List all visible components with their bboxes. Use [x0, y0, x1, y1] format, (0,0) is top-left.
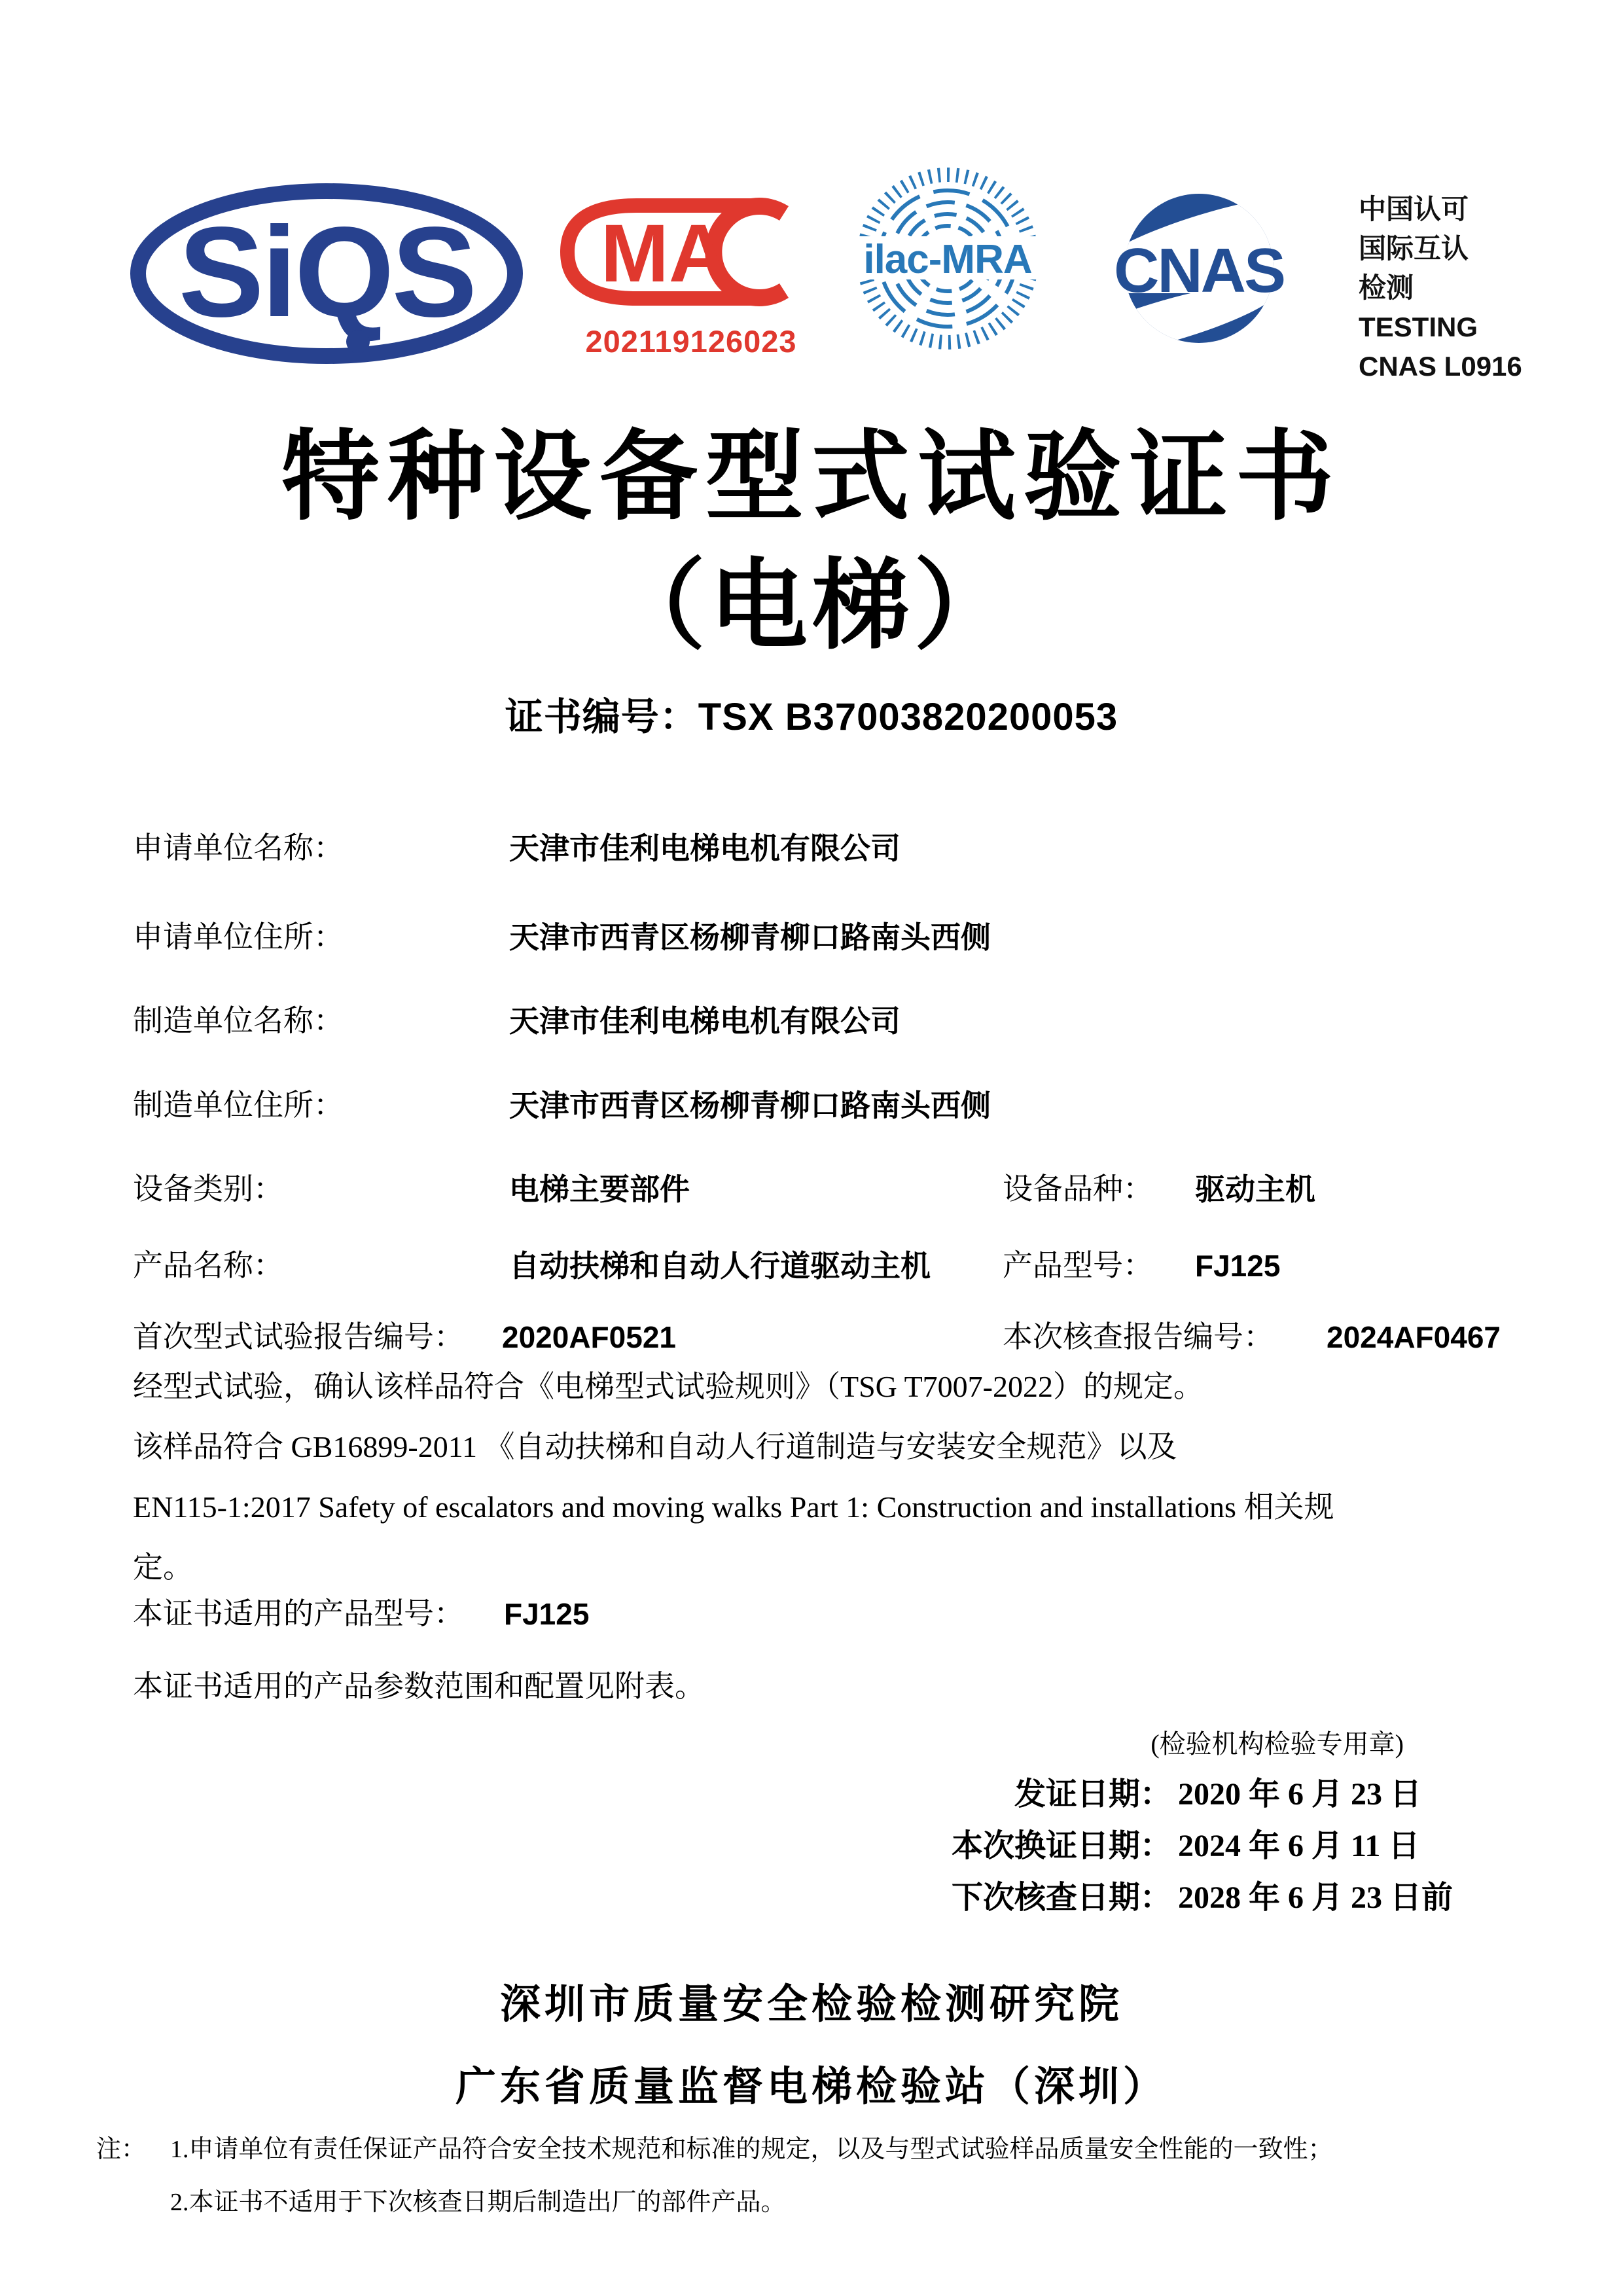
- field-label: 申请单位名称：: [133, 829, 344, 868]
- field-value: 天津市西青区杨柳青柳口路南头西侧: [509, 918, 991, 957]
- field-label: 设备类别：: [133, 1170, 283, 1209]
- field-row-applicant-address: 申请单位住所： 天津市西青区杨柳青柳口路南头西侧: [0, 918, 1623, 957]
- field-value: 驱动主机: [1195, 1170, 1315, 1209]
- renewal-date-row: 本次换证日期： 2024 年 6 月 11 日: [0, 1826, 1623, 1867]
- field-row-product-name: 产品名称： 自动扶梯和自动人行道驱动主机 产品型号： FJ125: [0, 1246, 1623, 1285]
- field-value: 天津市佳利电梯电机有限公司: [509, 829, 901, 868]
- inspection-stamp-note: (检验机构检验专用章): [1150, 1723, 1404, 1761]
- certificate-number-line: 证书编号：TSX B37003820200053: [0, 686, 1623, 741]
- accreditation-line: CNAS L0916: [1359, 347, 1594, 386]
- issuer-station: 广东省质量监督电梯检验站（深圳）: [0, 2054, 1623, 2112]
- statement-line: 经型式试验，确认该样品符合《电梯型式试验规则》（TSG T7007-2022）的…: [133, 1357, 1560, 1417]
- field-label: 产品名称：: [133, 1246, 283, 1285]
- applicable-model-label: 本证书适用的产品型号：: [133, 1594, 464, 1634]
- field-row-equipment-category: 设备类别： 电梯主要部件 设备品种： 驱动主机: [0, 1170, 1623, 1209]
- ilac-text: ilac-MRA: [863, 237, 1031, 282]
- siqs-dot: [346, 330, 370, 353]
- cma-logo-icon: MA 202119126023: [560, 196, 815, 361]
- field-label: 制造单位住所：: [133, 1086, 344, 1125]
- date-label: 下次核查日期：: [952, 1878, 1171, 1918]
- note-item: 2.本证书不适用于下次核查日期后制造出厂的部件产品。: [170, 2181, 786, 2217]
- statement-line: 定。: [133, 1537, 1560, 1598]
- date-label: 发证日期：: [1014, 1774, 1171, 1815]
- date-value: 2028 年 6 月 23 日前: [1178, 1878, 1453, 1918]
- conformity-statement: 经型式试验，确认该样品符合《电梯型式试验规则》（TSG T7007-2022）的…: [133, 1357, 1560, 1598]
- accreditation-line: 检测: [1359, 268, 1594, 308]
- certificate-page: SiQS MA 202119126023 ilac-MRA CNAS 中国认可 …: [0, 0, 1623, 2296]
- field-value: 天津市西青区杨柳青柳口路南头西侧: [509, 1086, 991, 1125]
- cma-ma-text: MA: [601, 208, 728, 299]
- certificate-number-label: 证书编号：: [505, 696, 698, 738]
- certificate-title: 特种设备型式试验证书: [0, 424, 1623, 529]
- cma-number: 202119126023: [585, 324, 796, 359]
- date-value: 2020 年 6 月 23 日: [1178, 1774, 1421, 1815]
- field-value: 2024AF0467: [1327, 1318, 1501, 1357]
- accreditation-line: 国际互认: [1359, 229, 1594, 268]
- ilac-mra-logo-icon: ilac-MRA: [843, 166, 1052, 352]
- field-label: 产品型号：: [1003, 1246, 1153, 1285]
- field-label: 首次型式试验报告编号：: [133, 1318, 464, 1357]
- accreditation-line: TESTING: [1359, 308, 1594, 347]
- field-value: 电梯主要部件: [509, 1170, 690, 1209]
- field-label: 设备品种：: [1003, 1170, 1153, 1209]
- cnas-logo-icon: CNAS: [1093, 190, 1319, 350]
- accreditation-text: 中国认可 国际互认 检测 TESTING CNAS L0916: [1359, 190, 1594, 386]
- issuer-institute: 深圳市质量安全检验检测研究院: [0, 1971, 1623, 2030]
- applicable-model-value: FJ125: [504, 1594, 589, 1634]
- notes-prefix: 注：: [96, 2128, 146, 2164]
- certificate-subtitle: （电梯）: [0, 553, 1623, 658]
- siqs-text: SiQS: [179, 200, 474, 344]
- next-review-date-row: 下次核查日期： 2028 年 6 月 23 日前: [0, 1878, 1623, 1918]
- field-row-applicant-name: 申请单位名称： 天津市佳利电梯电机有限公司: [0, 829, 1623, 868]
- field-value: 天津市佳利电梯电机有限公司: [509, 1001, 901, 1041]
- field-row-report-numbers: 首次型式试验报告编号： 2020AF0521 本次核查报告编号： 2024AF0…: [0, 1318, 1623, 1357]
- siqs-logo-icon: SiQS: [128, 182, 526, 365]
- annex-note: 本证书适用的产品参数范围和配置见附表。: [133, 1662, 705, 1706]
- field-value: 2020AF0521: [502, 1318, 676, 1357]
- statement-line: 该样品符合 GB16899-2011 《自动扶梯和自动人行道制造与安装安全规范》…: [133, 1417, 1560, 1477]
- field-value: 自动扶梯和自动人行道驱动主机: [509, 1246, 931, 1285]
- field-value: FJ125: [1195, 1246, 1280, 1285]
- issue-date-row: 发证日期： 2020 年 6 月 23 日: [0, 1774, 1623, 1815]
- field-label: 本次核查报告编号：: [1003, 1318, 1274, 1357]
- field-row-manufacturer-name: 制造单位名称： 天津市佳利电梯电机有限公司: [0, 1001, 1623, 1041]
- field-label: 制造单位名称：: [133, 1001, 344, 1041]
- date-value: 2024 年 6 月 11 日: [1178, 1826, 1419, 1867]
- statement-line: EN115-1:2017 Safety of escalators and mo…: [133, 1477, 1560, 1537]
- note-item: 1.申请单位有责任保证产品符合安全技术规范和标准的规定，以及与型式试验样品质量安…: [170, 2128, 1333, 2164]
- date-label: 本次换证日期：: [952, 1826, 1171, 1867]
- field-label: 申请单位住所：: [133, 918, 344, 957]
- accreditation-line: 中国认可: [1359, 190, 1594, 229]
- certificate-number-value: TSX B37003820200053: [698, 696, 1118, 738]
- cnas-text: CNAS: [1114, 236, 1284, 306]
- field-row-manufacturer-address: 制造单位住所： 天津市西青区杨柳青柳口路南头西侧: [0, 1086, 1623, 1125]
